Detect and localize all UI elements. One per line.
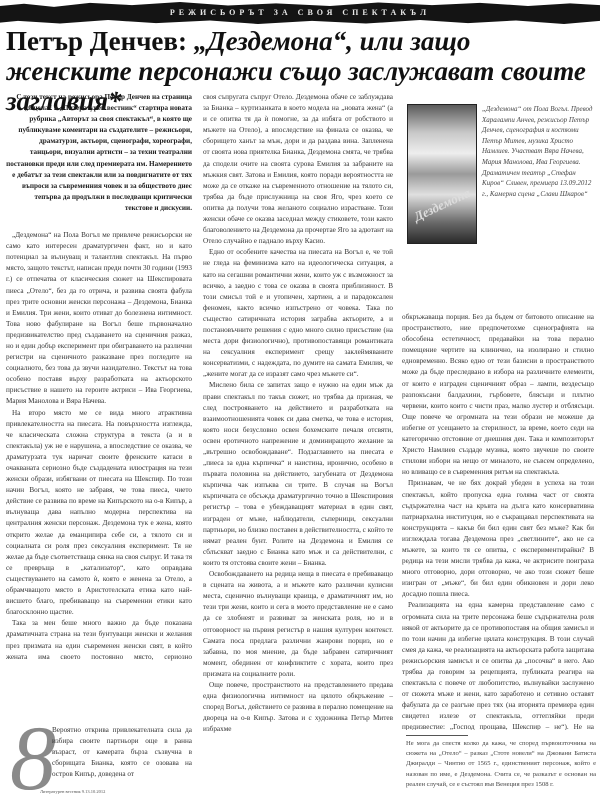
paragraph: Реализацията на една камерна представлен… — [402, 600, 594, 730]
footnote-divider — [406, 735, 468, 736]
footnote: Не мога да спестя колко да кажа, че спор… — [406, 739, 596, 790]
article-lead: С този текст на режисьора Петър Денчев н… — [6, 92, 192, 214]
column-2: своя съпругата съпруг Отело. Дездемона о… — [203, 92, 393, 792]
footer-source: Литературен вестник 9.13.10.2012 — [40, 789, 105, 794]
photo-caption: „Дездемона“ от Пола Вогъл. Превод Харала… — [482, 104, 596, 199]
headline-author: Петър Денчев: — [6, 26, 194, 56]
production-photo: Дездемона — [407, 104, 477, 244]
rubric-band: РЕЖИСЬОРЪТ ЗА СВОЯ СПЕКТАКЪЛ — [0, 2, 600, 24]
page-number: 8 — [10, 718, 56, 798]
paragraph: Още повече, пространството на представле… — [203, 680, 393, 735]
paragraph: обкръжаваща порция. Без да бъдем от бито… — [402, 312, 594, 478]
column-1-continued: Вероятно открива привлекателната сила да… — [52, 725, 192, 780]
column-3: обкръжаваща порция. Без да бъдем от бито… — [402, 312, 594, 730]
paragraph: Признавам, че не бях докрай убеден в усп… — [402, 478, 594, 600]
paragraph: Така за мен беше много важно да бъде пок… — [6, 618, 192, 662]
paragraph: Едно от особените качества на пиесата на… — [203, 247, 393, 380]
paragraph: Мислено била се запитах защо е нужно на … — [203, 380, 393, 569]
paragraph: Освобождаването на редица неща в пиесата… — [203, 569, 393, 680]
photo-title-text: Дездемона — [411, 185, 473, 225]
column-1: С този текст на режисьора Петър Денчев н… — [6, 92, 192, 662]
paragraph: На второ място ме се вида много атрактив… — [6, 408, 192, 619]
paragraph: своя съпругата съпруг Отело. Дездемона о… — [203, 92, 393, 247]
paragraph: „Дездемона“ на Пола Вогъл ме привлече ре… — [6, 230, 192, 408]
